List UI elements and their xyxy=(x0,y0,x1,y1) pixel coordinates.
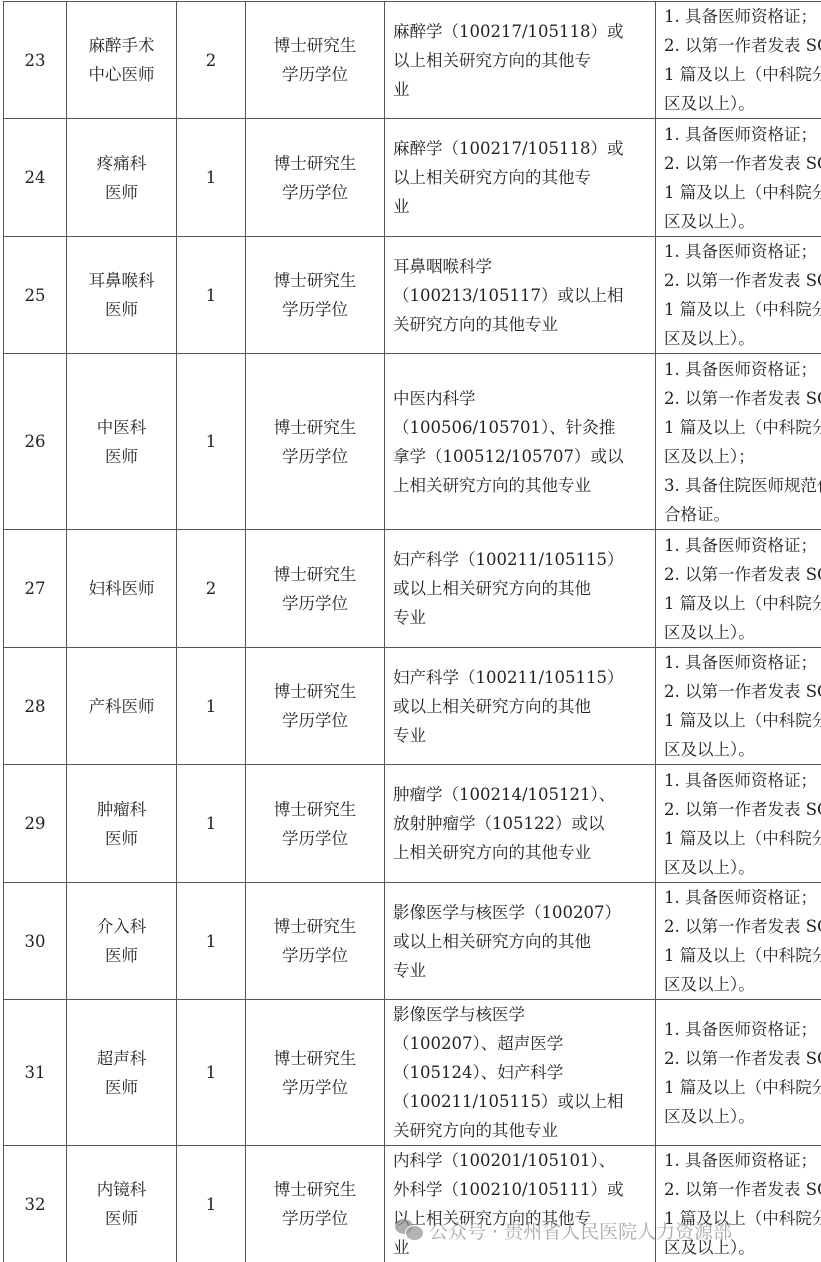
wechat-icon xyxy=(395,1219,423,1241)
cell-number: 25 xyxy=(4,237,67,354)
cell-education: 博士研究生学历学位 xyxy=(246,1000,385,1146)
cell-requirements-line: 区及以上）。 xyxy=(664,618,821,647)
table-row: 31超声科医师1博士研究生学历学位影像医学与核医学（100207）、超声医学（1… xyxy=(4,1000,821,1146)
watermark: 公众号 · 贵州省人民医院人力资源部 xyxy=(395,1216,732,1244)
cell-education-line: 学历学位 xyxy=(254,589,376,618)
cell-education: 博士研究生学历学位 xyxy=(246,1146,385,1262)
cell-education-line: 学历学位 xyxy=(254,824,376,853)
cell-department-line: 产科医师 xyxy=(75,692,168,721)
cell-major: 妇产科学（100211/105115）或以上相关研究方向的其他专业 xyxy=(385,530,656,648)
cell-department-line: 医师 xyxy=(75,824,168,853)
cell-department: 中医科医师 xyxy=(67,354,177,530)
cell-requirements: 1. 具备医师资格证；2. 以第一作者发表 SCI 论文1 篇及以上（中科院分区… xyxy=(656,883,821,1000)
cell-department-line: 介入科 xyxy=(75,912,168,941)
cell-requirements-line: 1 篇及以上（中科院分区 2 xyxy=(664,824,821,853)
cell-education-line: 学历学位 xyxy=(254,60,376,89)
cell-education-line: 学历学位 xyxy=(254,706,376,735)
cell-major: 肿瘤学（100214/105121）、放射肿瘤学（105122）或以上相关研究方… xyxy=(385,765,656,883)
table-row: 23麻醉手术中心医师2博士研究生学历学位麻醉学（100217/105118）或以… xyxy=(4,2,821,119)
table-row: 25耳鼻喉科医师1博士研究生学历学位耳鼻咽喉科学（100213/105117）或… xyxy=(4,237,821,354)
cell-requirements-line: 1 篇及以上（中科院分区 2 xyxy=(664,295,821,324)
cell-education: 博士研究生学历学位 xyxy=(246,354,385,530)
cell-major-line: 内科学（100201/105101）、 xyxy=(393,1146,647,1175)
table-row: 27妇科医师2博士研究生学历学位妇产科学（100211/105115）或以上相关… xyxy=(4,530,821,648)
cell-department: 疼痛科医师 xyxy=(67,119,177,237)
cell-department-line: 耳鼻喉科 xyxy=(75,266,168,295)
cell-requirements-line: 区及以上）。 xyxy=(664,1102,821,1131)
cell-education-line: 博士研究生 xyxy=(254,149,376,178)
cell-requirements-line: 1 篇及以上（中科院分区 2 xyxy=(664,413,821,442)
cell-department-line: 中医科 xyxy=(75,413,168,442)
cell-requirements-line: 1. 具备医师资格证； xyxy=(664,2,821,31)
cell-department-line: 疼痛科 xyxy=(75,149,168,178)
cell-headcount: 1 xyxy=(177,1000,246,1146)
cell-requirements-line: 区及以上）； xyxy=(664,442,821,471)
cell-headcount: 2 xyxy=(177,530,246,648)
cell-education: 博士研究生学历学位 xyxy=(246,119,385,237)
cell-major-line: 上相关研究方向的其他专业 xyxy=(393,838,647,867)
cell-requirements-line: 2. 以第一作者发表 SCI 论文 xyxy=(664,266,821,295)
cell-education-line: 博士研究生 xyxy=(254,677,376,706)
cell-headcount: 1 xyxy=(177,119,246,237)
cell-requirements-line: 1 篇及以上（中科院分区 2 xyxy=(664,589,821,618)
cell-department-line: 内镜科 xyxy=(75,1175,168,1204)
cell-number: 32 xyxy=(4,1146,67,1262)
cell-major-line: 中医内科学 xyxy=(393,384,647,413)
cell-major-line: 拿学（100512/105707）或以 xyxy=(393,442,647,471)
cell-headcount: 1 xyxy=(177,237,246,354)
cell-major-line: 麻醉学（100217/105118）或 xyxy=(393,134,647,163)
cell-education-line: 博士研究生 xyxy=(254,413,376,442)
cell-major: 中医内科学（100506/105701）、针灸推拿学（100512/105707… xyxy=(385,354,656,530)
cell-education-line: 学历学位 xyxy=(254,1073,376,1102)
cell-education: 博士研究生学历学位 xyxy=(246,237,385,354)
cell-department: 妇科医师 xyxy=(67,530,177,648)
cell-major-line: （100211/105115）或以上相 xyxy=(393,1087,647,1116)
cell-department-line: 超声科 xyxy=(75,1044,168,1073)
cell-headcount: 1 xyxy=(177,765,246,883)
cell-education-line: 学历学位 xyxy=(254,941,376,970)
cell-requirements-line: 区及以上）。 xyxy=(664,853,821,882)
cell-requirements-line: 区及以上）。 xyxy=(664,207,821,236)
cell-major-line: 业 xyxy=(393,75,647,104)
cell-number: 23 xyxy=(4,2,67,119)
cell-major-line: 以上相关研究方向的其他专 xyxy=(393,163,647,192)
cell-requirements: 1. 具备医师资格证；2. 以第一作者发表 SCI 论文1 篇及以上（中科院分区… xyxy=(656,237,821,354)
cell-requirements-line: 2. 以第一作者发表 SCI 论文 xyxy=(664,149,821,178)
cell-headcount: 2 xyxy=(177,2,246,119)
cell-major: 妇产科学（100211/105115）或以上相关研究方向的其他专业 xyxy=(385,648,656,765)
cell-number: 27 xyxy=(4,530,67,648)
cell-department-line: 医师 xyxy=(75,442,168,471)
cell-education-line: 博士研究生 xyxy=(254,266,376,295)
cell-department-line: 医师 xyxy=(75,1204,168,1233)
cell-requirements-line: 2. 以第一作者发表 SCI 论文 xyxy=(664,677,821,706)
cell-requirements: 1. 具备医师资格证；2. 以第一作者发表 SCI 论文1 篇及以上（中科院分区… xyxy=(656,530,821,648)
cell-education-line: 博士研究生 xyxy=(254,31,376,60)
cell-major-line: 麻醉学（100217/105118）或 xyxy=(393,17,647,46)
cell-number: 29 xyxy=(4,765,67,883)
cell-requirements-line: 1. 具备医师资格证； xyxy=(664,120,821,149)
cell-education: 博士研究生学历学位 xyxy=(246,648,385,765)
cell-requirements-line: 区及以上）。 xyxy=(664,970,821,999)
cell-major-line: 以上相关研究方向的其他专 xyxy=(393,46,647,75)
cell-major: 影像医学与核医学（100207）、超声医学（105124）、妇产科学（10021… xyxy=(385,1000,656,1146)
cell-department: 耳鼻喉科医师 xyxy=(67,237,177,354)
cell-requirements-line: 1. 具备医师资格证； xyxy=(664,648,821,677)
cell-requirements: 1. 具备医师资格证；2. 以第一作者发表 SCI 论文1 篇及以上（中科院分区… xyxy=(656,1000,821,1146)
cell-requirements-line: 1. 具备医师资格证； xyxy=(664,355,821,384)
cell-department-line: 肿瘤科 xyxy=(75,795,168,824)
cell-requirements-line: 1 篇及以上（中科院分区 2 xyxy=(664,706,821,735)
cell-major-line: 业 xyxy=(393,192,647,221)
cell-major-line: 影像医学与核医学（100207） xyxy=(393,898,647,927)
cell-requirements: 1. 具备医师资格证；2. 以第一作者发表 SCI 论文1 篇及以上（中科院分区… xyxy=(656,765,821,883)
cell-major: 内科学（100201/105101）、外科学（100210/105111）或以上… xyxy=(385,1146,656,1262)
cell-education-line: 博士研究生 xyxy=(254,1044,376,1073)
cell-requirements-line: 1 篇及以上（中科院分区 2 xyxy=(664,178,821,207)
cell-major-line: 或以上相关研究方向的其他 xyxy=(393,692,647,721)
cell-requirements-line: 1 篇及以上（中科院分区 2 xyxy=(664,60,821,89)
table-row: 26中医科医师1博士研究生学历学位中医内科学（100506/105701）、针灸… xyxy=(4,354,821,530)
cell-major: 麻醉学（100217/105118）或以上相关研究方向的其他专业 xyxy=(385,2,656,119)
cell-major-line: 上相关研究方向的其他专业 xyxy=(393,471,647,500)
cell-headcount: 1 xyxy=(177,354,246,530)
cell-major-line: （100506/105701）、针灸推 xyxy=(393,413,647,442)
cell-major-line: 外科学（100210/105111）或 xyxy=(393,1175,647,1204)
cell-department: 麻醉手术中心医师 xyxy=(67,2,177,119)
cell-headcount: 1 xyxy=(177,1146,246,1262)
cell-major-line: 肿瘤学（100214/105121）、 xyxy=(393,780,647,809)
cell-department: 肿瘤科医师 xyxy=(67,765,177,883)
cell-requirements: 1. 具备医师资格证；2. 以第一作者发表 SCI 论文1 篇及以上（中科院分区… xyxy=(656,648,821,765)
cell-requirements-line: 1. 具备医师资格证； xyxy=(664,883,821,912)
cell-requirements-line: 2. 以第一作者发表 SCI 论文 xyxy=(664,384,821,413)
cell-major-line: （105124）、妇产科学 xyxy=(393,1058,647,1087)
cell-major: 耳鼻咽喉科学（100213/105117）或以上相关研究方向的其他专业 xyxy=(385,237,656,354)
cell-education-line: 博士研究生 xyxy=(254,560,376,589)
cell-requirements-line: 2. 以第一作者发表 SCI 论文 xyxy=(664,1175,821,1204)
cell-major-line: 放射肿瘤学（105122）或以 xyxy=(393,809,647,838)
cell-department-line: 医师 xyxy=(75,295,168,324)
cell-requirements-line: 1. 具备医师资格证； xyxy=(664,1015,821,1044)
cell-number: 26 xyxy=(4,354,67,530)
cell-education-line: 博士研究生 xyxy=(254,912,376,941)
table-row: 30介入科医师1博士研究生学历学位影像医学与核医学（100207）或以上相关研究… xyxy=(4,883,821,1000)
cell-requirements-line: 1. 具备医师资格证； xyxy=(664,766,821,795)
cell-requirements-line: 区及以上）。 xyxy=(664,735,821,764)
cell-education: 博士研究生学历学位 xyxy=(246,765,385,883)
cell-department-line: 医师 xyxy=(75,178,168,207)
cell-education: 博士研究生学历学位 xyxy=(246,883,385,1000)
cell-major-line: 专业 xyxy=(393,956,647,985)
cell-major: 影像医学与核医学（100207）或以上相关研究方向的其他专业 xyxy=(385,883,656,1000)
table-body: 23麻醉手术中心医师2博士研究生学历学位麻醉学（100217/105118）或以… xyxy=(4,2,821,1262)
cell-number: 31 xyxy=(4,1000,67,1146)
cell-education-line: 博士研究生 xyxy=(254,1175,376,1204)
cell-education-line: 学历学位 xyxy=(254,295,376,324)
cell-requirements: 1. 具备医师资格证；2. 以第一作者发表 SCI 论文1 篇及以上（中科院分区… xyxy=(656,2,821,119)
cell-major-line: 耳鼻咽喉科学 xyxy=(393,252,647,281)
cell-headcount: 1 xyxy=(177,648,246,765)
cell-department-line: 医师 xyxy=(75,941,168,970)
watermark-text: 公众号 · 贵州省人民医院人力资源部 xyxy=(429,1217,732,1244)
cell-requirements-line: 区及以上）。 xyxy=(664,89,821,118)
cell-department-line: 麻醉手术 xyxy=(75,31,168,60)
cell-department: 内镜科医师 xyxy=(67,1146,177,1262)
cell-requirements-line: 2. 以第一作者发表 SCI 论文 xyxy=(664,912,821,941)
cell-department: 产科医师 xyxy=(67,648,177,765)
cell-number: 24 xyxy=(4,119,67,237)
cell-major-line: 关研究方向的其他专业 xyxy=(393,1116,647,1145)
table-row: 28产科医师1博士研究生学历学位妇产科学（100211/105115）或以上相关… xyxy=(4,648,821,765)
cell-requirements-line: 1. 具备医师资格证； xyxy=(664,237,821,266)
cell-requirements-line: 2. 以第一作者发表 SCI 论文 xyxy=(664,31,821,60)
recruitment-table: 23麻醉手术中心医师2博士研究生学历学位麻醉学（100217/105118）或以… xyxy=(3,1,821,1262)
cell-major-line: 关研究方向的其他专业 xyxy=(393,310,647,339)
cell-requirements-line: 2. 以第一作者发表 SCI 论文 xyxy=(664,560,821,589)
cell-requirements-line: 1 篇及以上（中科院分区 2 xyxy=(664,941,821,970)
table-row: 24疼痛科医师1博士研究生学历学位麻醉学（100217/105118）或以上相关… xyxy=(4,119,821,237)
cell-department-line: 妇科医师 xyxy=(75,574,168,603)
cell-requirements-line: 合格证。 xyxy=(664,500,821,529)
cell-major-line: 或以上相关研究方向的其他 xyxy=(393,927,647,956)
cell-major-line: 妇产科学（100211/105115） xyxy=(393,545,647,574)
cell-requirements-line: 区及以上）。 xyxy=(664,324,821,353)
cell-education-line: 博士研究生 xyxy=(254,795,376,824)
cell-major-line: 或以上相关研究方向的其他 xyxy=(393,574,647,603)
cell-requirements-line: 1. 具备医师资格证； xyxy=(664,531,821,560)
cell-education: 博士研究生学历学位 xyxy=(246,2,385,119)
table-row: 32内镜科医师1博士研究生学历学位内科学（100201/105101）、外科学（… xyxy=(4,1146,821,1262)
cell-major-line: （100213/105117）或以上相 xyxy=(393,281,647,310)
cell-requirements: 1. 具备医师资格证；2. 以第一作者发表 SCI 论文1 篇及以上（中科院分区… xyxy=(656,1146,821,1262)
cell-department-line: 医师 xyxy=(75,1073,168,1102)
cell-requirements-line: 2. 以第一作者发表 SCI 论文 xyxy=(664,1044,821,1073)
cell-requirements-line: 2. 以第一作者发表 SCI 论文 xyxy=(664,795,821,824)
cell-department: 超声科医师 xyxy=(67,1000,177,1146)
cell-number: 30 xyxy=(4,883,67,1000)
table-row: 29肿瘤科医师1博士研究生学历学位肿瘤学（100214/105121）、放射肿瘤… xyxy=(4,765,821,883)
cell-requirements-line: 1 篇及以上（中科院分区 2 xyxy=(664,1073,821,1102)
cell-department-line: 中心医师 xyxy=(75,60,168,89)
cell-major: 麻醉学（100217/105118）或以上相关研究方向的其他专业 xyxy=(385,119,656,237)
cell-department: 介入科医师 xyxy=(67,883,177,1000)
cell-major-line: 专业 xyxy=(393,603,647,632)
cell-education-line: 学历学位 xyxy=(254,1204,376,1233)
cell-education-line: 学历学位 xyxy=(254,178,376,207)
cell-education-line: 学历学位 xyxy=(254,442,376,471)
cell-requirements-line: 3. 具备住院医师规范化培训 xyxy=(664,471,821,500)
cell-requirements: 1. 具备医师资格证；2. 以第一作者发表 SCI 论文1 篇及以上（中科院分区… xyxy=(656,354,821,530)
cell-major-line: 妇产科学（100211/105115） xyxy=(393,663,647,692)
cell-major-line: 影像医学与核医学 xyxy=(393,1000,647,1029)
cell-requirements: 1. 具备医师资格证；2. 以第一作者发表 SCI 论文1 篇及以上（中科院分区… xyxy=(656,119,821,237)
cell-number: 28 xyxy=(4,648,67,765)
cell-headcount: 1 xyxy=(177,883,246,1000)
cell-major-line: （100207）、超声医学 xyxy=(393,1029,647,1058)
cell-requirements-line: 1. 具备医师资格证； xyxy=(664,1146,821,1175)
cell-education: 博士研究生学历学位 xyxy=(246,530,385,648)
cell-major-line: 专业 xyxy=(393,721,647,750)
